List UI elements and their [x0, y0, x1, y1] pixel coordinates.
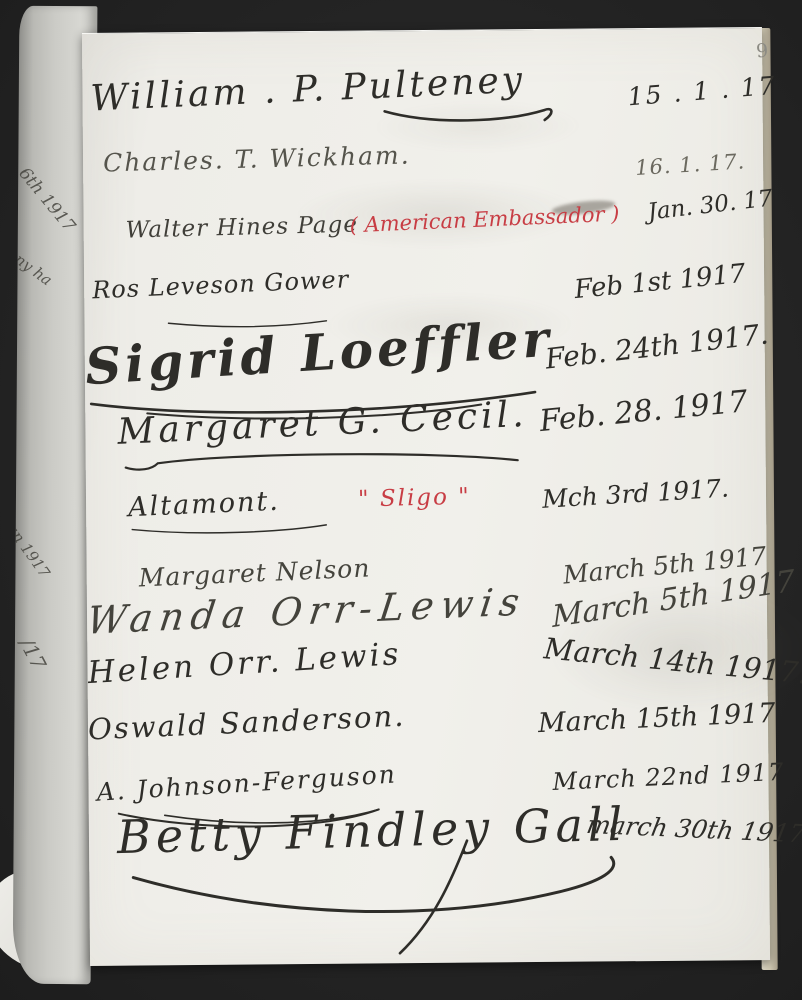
margin-fragment: 6th 1917: [14, 164, 79, 236]
entry-date: Feb. 24th 1917.: [544, 320, 770, 373]
signature-loeffler: Sigrid Loeffler: [84, 314, 554, 392]
margin-fragment: an 1917: [13, 521, 54, 582]
signature-altamont: Altamont.: [128, 488, 281, 522]
signature-flourish: [383, 104, 558, 132]
signature-walter-hines-page: Walter Hines Page: [125, 214, 358, 243]
red-annotation-ambassador: ( American Embassador ): [349, 204, 620, 237]
signature-flourish: [129, 837, 660, 964]
photograph-of-guest-book: 6th 1917 d any ha an 1917 /17 9 William …: [0, 0, 802, 1000]
guest-book-page: 9 William . P. Pulteney 15 . 1 . 17 Char…: [82, 27, 770, 966]
signature-wickham: Charles. T. Wickham.: [103, 142, 411, 175]
signature-flourish: [130, 522, 330, 540]
entry-date: 16. 1. 17.: [635, 151, 746, 179]
entry-date: March 15th 1917: [537, 700, 776, 737]
entry-date: Jan. 30. 17: [647, 187, 774, 224]
signature-flourish: [122, 448, 524, 474]
entry-date: 15 . 1 . 17: [627, 73, 778, 110]
entry-date: Feb. 28. 1917: [538, 387, 749, 437]
entry-date: Feb 1st 1917: [573, 261, 746, 303]
entry-date: March 14th 1917.: [543, 634, 802, 688]
signature-sanderson: Oswald Sanderson.: [87, 702, 405, 745]
entry-date: March 22nd 1917: [552, 760, 785, 794]
signature-orr-lewis-helen: Helen Orr. Lewis: [87, 639, 402, 689]
entry-date: Mch 3rd 1917.: [541, 475, 729, 511]
margin-fragment: d any ha: [13, 236, 56, 289]
signature-nelson: Margaret Nelson: [138, 555, 371, 590]
signature-leveson-gower: Ros Leveson Gower: [92, 267, 350, 302]
red-annotation-sligo: " Sligo ": [358, 486, 471, 512]
margin-fragment: /17: [15, 634, 51, 674]
page-number: 9: [755, 42, 769, 62]
signature-johnson-ferguson: A. Johnson-Ferguson: [96, 761, 397, 804]
